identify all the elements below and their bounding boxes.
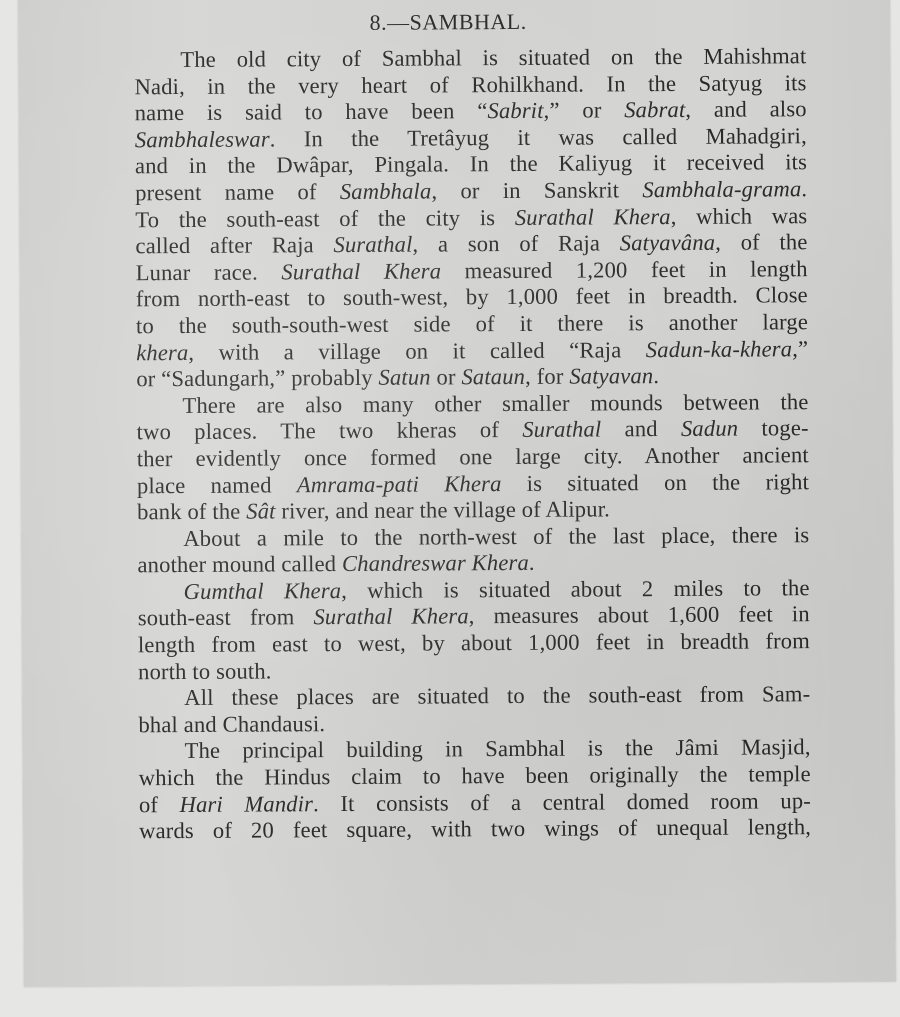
text-line: wards of 20 feet square, with two wings … [95, 814, 811, 845]
paragraph-2: There are also many other smaller mounds… [92, 389, 809, 526]
text-line: khera, with a village on it called “Raja… [92, 336, 808, 367]
paragraph-1: The old city of Sambhal is situated on t… [90, 43, 808, 393]
text-line: two places. The two kheras of Surathal a… [93, 415, 809, 446]
text-line: ther evidently once formed one large cit… [93, 442, 809, 473]
text-line: present name of Sambhala, or in Sanskrit… [91, 176, 807, 207]
paragraph-4: Gumthal Khera, which is situated about 2… [94, 575, 811, 686]
page-text: 8.—SAMBHAL. The old city of Sambhal is s… [90, 5, 811, 845]
paragraph-5: All these places are situated to the sou… [94, 681, 810, 739]
text-line: called after Raja Surathal, a son of Raj… [91, 229, 807, 260]
paragraph-6: The principal building in Sambhal is the… [95, 735, 812, 846]
text-line: which the Hindus claim to have been orig… [95, 761, 811, 792]
paragraph-3: About a mile to the north-west of the la… [93, 522, 809, 580]
text-line: length from east to west, by about 1,000… [94, 628, 810, 659]
text-line: About a mile to the north-west of the la… [93, 522, 809, 553]
text-line: place named Amrama-pati Khera is situate… [93, 469, 809, 500]
scanned-book-page: 8.—SAMBHAL. The old city of Sambhal is s… [18, 0, 896, 987]
section-heading: 8.—SAMBHAL. [90, 5, 806, 39]
text-line: name is said to have been “Sabrit,” or S… [91, 96, 807, 127]
text-line: All these places are situated to the sou… [94, 681, 810, 712]
text-line: The old city of Sambhal is situated on t… [90, 43, 806, 74]
